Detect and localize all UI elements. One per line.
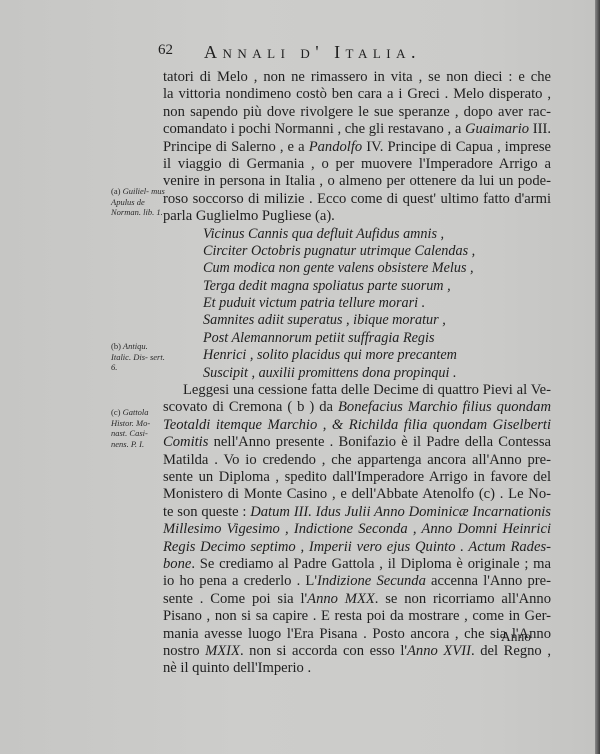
- page-header: 62 Annali d' Italia.: [158, 42, 558, 62]
- text-line: scovato di Cremona ( b ) da Bonefacius M…: [163, 399, 551, 416]
- text-line: bone. Se crediamo al Padre Gattola , il …: [163, 556, 551, 573]
- text-line: Pisano , non si sa capire . E resta poi …: [163, 608, 551, 625]
- text-line: io ho pena a crederlo . L'Indizione Secu…: [163, 573, 551, 590]
- verse-line: Et puduit victum patria tellure morari .: [163, 295, 551, 312]
- verse-line: Circiter Octobris pugnatur utrimque Cale…: [163, 243, 551, 260]
- text-line: nostro MXIX. non si accorda con esso l'A…: [163, 643, 551, 660]
- margin-note-a: (a) Guiliel- mus Apulus de Norman. lib. …: [111, 186, 167, 218]
- text-line: te son queste : Datum III. Idus Julii An…: [163, 504, 551, 521]
- text-line: mania avesse luogo l'Era Pisana . Posto …: [163, 626, 551, 643]
- paragraph-2: Leggesi una cessione fatta delle Decime …: [163, 382, 551, 678]
- text-line: Teotaldi itemque Marchio , & Richilda fi…: [163, 417, 551, 434]
- margin-note-c: (c) Gattola Histor. Mo- nast. Casi- nens…: [111, 407, 167, 449]
- text-line: parla Guglielmo Pugliese (a).: [163, 208, 551, 225]
- running-title: Annali d' Italia.: [204, 42, 421, 63]
- verse-line: Henrici , solito placidus qui more preca…: [163, 347, 551, 364]
- text-line: Millesimo Vigesimo , Indictione Seconda …: [163, 521, 551, 538]
- catchword: Anno: [501, 629, 531, 645]
- text-line: Regis Decimo septimo , Imperii vero ejus…: [163, 539, 551, 556]
- text-line: Leggesi una cessione fatta delle Decime …: [163, 382, 551, 399]
- text-line: tatori di Melo , non ne rimassero in vit…: [163, 69, 551, 86]
- text-line: Monistero di Monte Casino , e dell'Abbat…: [163, 486, 551, 503]
- main-text: tatori di Melo , non ne rimassero in vit…: [163, 69, 551, 678]
- text-line: non sapendo più dove rivolgere le sue sp…: [163, 104, 551, 121]
- verse-line: Suscipit , auxilii promittens dona propi…: [163, 365, 551, 382]
- text-line: venire in persona in Italia , o almeno p…: [163, 173, 551, 190]
- text-line: Principe di Salerno , e a Pandolfo IV. P…: [163, 139, 551, 156]
- text-line: sente . Come poi sia l'Anno MXX. se non …: [163, 591, 551, 608]
- text-line: Comitis nell'Anno presente . Bonifazio è…: [163, 434, 551, 451]
- page-edge-shadow: [595, 0, 600, 754]
- text-line: roso soccorso di milizie . Ecco come di …: [163, 191, 551, 208]
- text-line: nè il quinto dell'Imperio .: [163, 660, 551, 677]
- paragraph-1: tatori di Melo , non ne rimassero in vit…: [163, 69, 551, 226]
- text-line: comandato i pochi Normanni , che gli res…: [163, 121, 551, 138]
- verse-line: Cum modica non gente valens obsistere Me…: [163, 260, 551, 277]
- latin-verse-quote: Vicinus Cannis qua defluit Aufidus amnis…: [163, 226, 551, 383]
- margin-note-b: (b) Antiqu. Italic. Dis- sert. 6.: [111, 341, 167, 373]
- book-page: 62 Annali d' Italia. tatori di Melo , no…: [0, 0, 596, 754]
- verse-line: Terga dedit magna spoliatus parte suorum…: [163, 278, 551, 295]
- page-number: 62: [158, 42, 173, 59]
- text-line: il viaggio di Germania , o per muovere l…: [163, 156, 551, 173]
- text-line: Matilda . Vo io credendo , che apparteng…: [163, 452, 551, 469]
- verse-line: Samnites adiit superatus , ibique moratu…: [163, 312, 551, 329]
- text-line: la vittoria nondimeno costò ben cara a i…: [163, 86, 551, 103]
- verse-line: Post Alemannorum petiit suffragia Regis: [163, 330, 551, 347]
- text-line: sente un Diploma , spedito dall'Imperado…: [163, 469, 551, 486]
- verse-line: Vicinus Cannis qua defluit Aufidus amnis…: [163, 226, 551, 243]
